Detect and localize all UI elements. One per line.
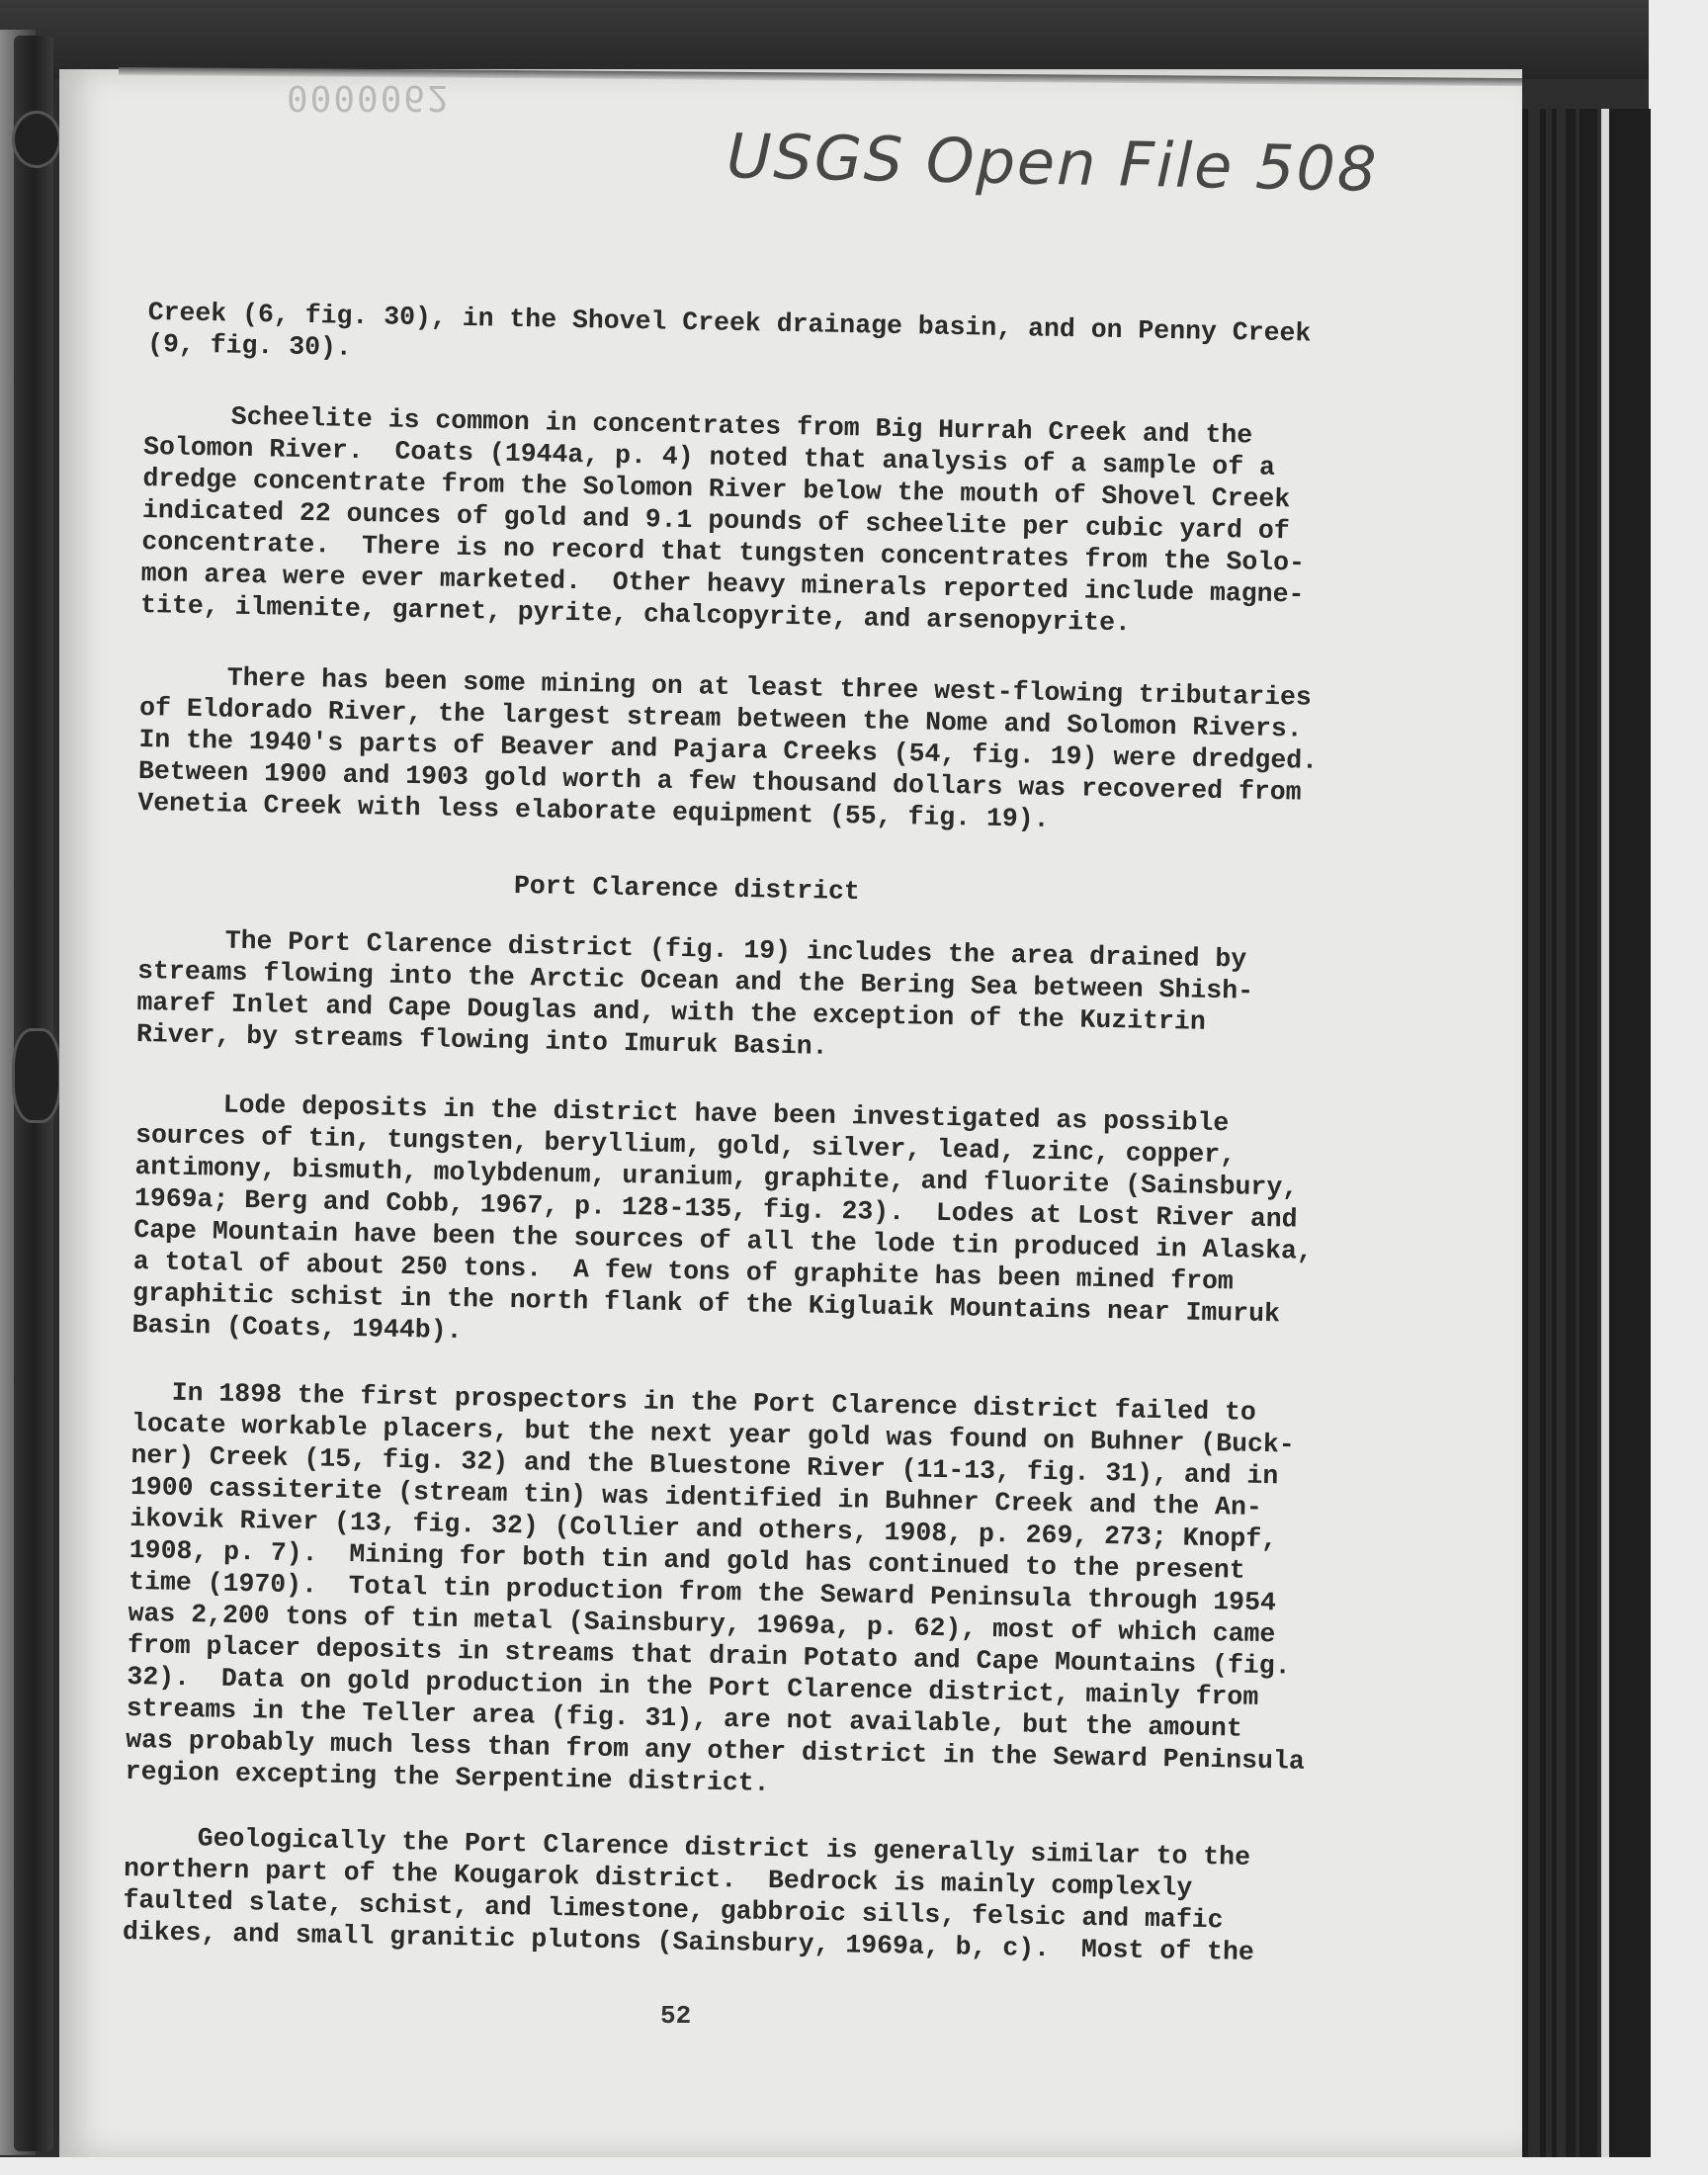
- handwritten-file-label: USGS Open File 508: [726, 120, 1379, 206]
- page-number: 52: [660, 2001, 691, 2031]
- archive-stamp-number: 0000062: [287, 77, 451, 118]
- binding-ring-icon: [12, 1028, 61, 1123]
- scanner-top-shadow: [0, 0, 1649, 79]
- binding-ring-icon: [12, 111, 61, 168]
- page-edge-stack: [1522, 109, 1651, 2157]
- section-heading: Port Clarence district: [514, 871, 860, 907]
- paragraph-eldorado: There has been some mining on at least t…: [137, 660, 1366, 841]
- paragraph-lode-deposits: Lode deposits in the district have been …: [131, 1087, 1361, 1363]
- paragraph-district-area: The Port Clarence district (fig. 19) inc…: [136, 923, 1364, 1073]
- paragraph-history-1898: In 1898 the first prospectors in the Por…: [125, 1376, 1357, 1810]
- paragraph-geology: Geologically the Port Clarence district …: [123, 1821, 1350, 1970]
- paragraph-scheelite: Scheelite is common in concentrates from…: [140, 399, 1370, 644]
